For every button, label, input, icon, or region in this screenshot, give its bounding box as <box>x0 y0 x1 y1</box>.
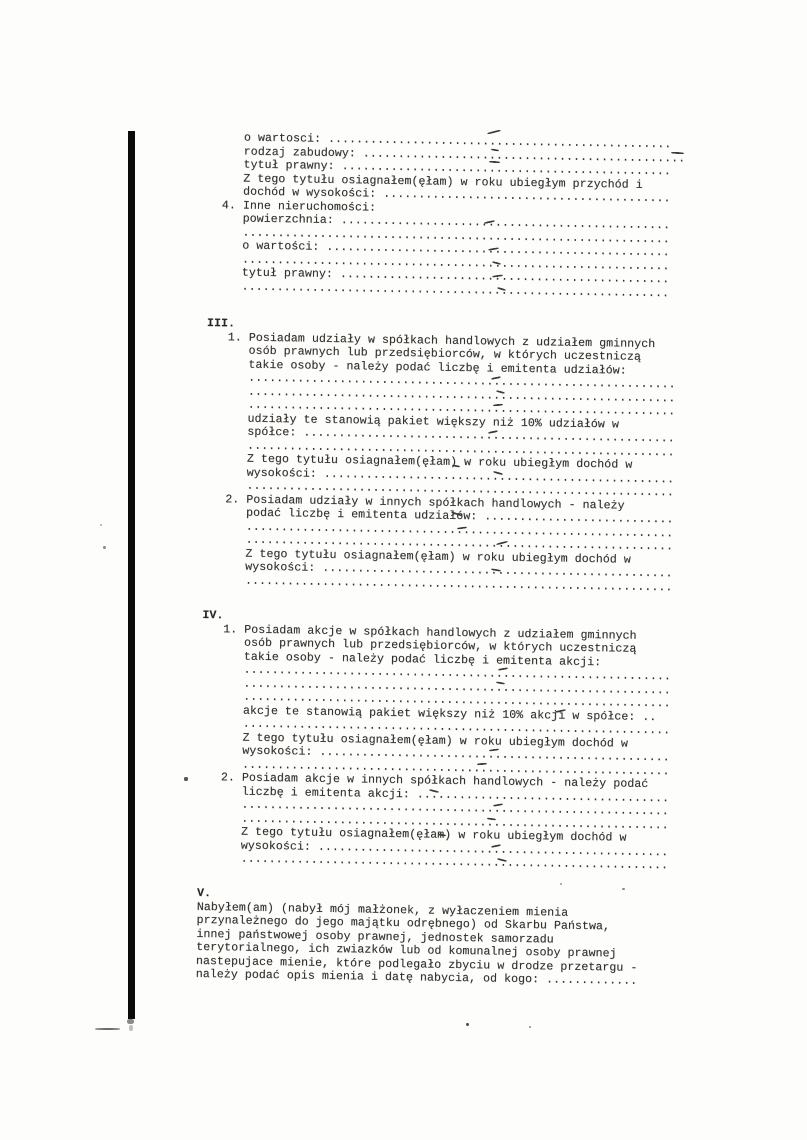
scan-speck <box>127 1019 134 1024</box>
document-text-layer: o wartosci: ............................… <box>196 131 730 1009</box>
scan-speck <box>129 1025 133 1031</box>
section-iii: III. 1. Posiadam udziały w spółkach hand… <box>203 317 677 594</box>
scan-edge-bar <box>128 131 135 1019</box>
section-v: V.Nabyłem(am) (nabył mój małżonek, z wył… <box>196 887 639 988</box>
scan-speck <box>466 1023 469 1026</box>
scan-speck <box>560 883 562 885</box>
scanned-document-page: o wartosci: ............................… <box>0 0 807 1140</box>
section-ii-continuation: o wartosci: ............................… <box>199 131 685 301</box>
scan-speck <box>529 1026 531 1028</box>
scan-speck <box>622 888 625 890</box>
scan-speck <box>100 524 102 526</box>
section-iv: IV. 1. Posiadam akcje w spółkach handlow… <box>198 609 671 873</box>
pen-tick-mark <box>487 129 501 134</box>
scan-speck <box>95 1028 120 1030</box>
scan-speck <box>103 546 106 549</box>
scan-speck <box>184 777 188 781</box>
